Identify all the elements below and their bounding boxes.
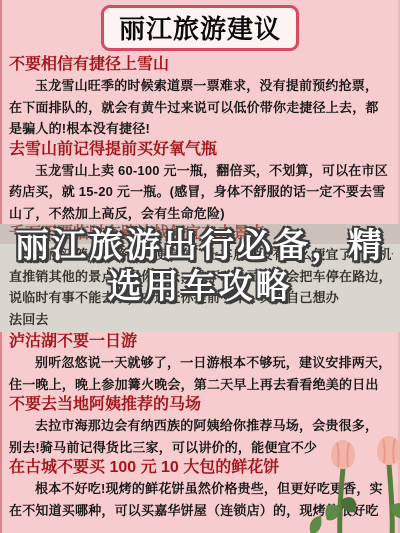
- section-heading: 去雪山前记得提前买好氧气瓶: [9, 140, 393, 160]
- tulip-flowers-decoration: [305, 436, 400, 533]
- section-heading: 泸沽湖不要一日游: [9, 332, 393, 352]
- section-no-shortcut: 不要相信有捷径上雪山 玉龙雪山旺季的时候索道票一票难求，没有提前预约抢票， 在下…: [9, 55, 393, 140]
- travel-tips-poster: 丽江旅游建议 不要相信有捷径上雪山 玉龙雪山旺季的时候索道票一票难求，没有提前预…: [0, 0, 400, 533]
- section-oxygen-bottle: 去雪山前记得提前买好氧气瓶 玉龙雪山上卖 60-100 元一瓶，翻倍买，不划算，…: [9, 140, 393, 225]
- poster-title: 丽江旅游建议: [119, 14, 281, 44]
- section-cheap-car-panel: 千万不要临时在路边找便宜车去景点 在丽江随便找路边的便宜车，上车后就没有那么便宜…: [0, 224, 400, 332]
- section-body: 玉龙雪山旺季的时候索道票一票难求，没有提前预约抢票， 在下面排队的，就会有黄牛过…: [9, 75, 393, 140]
- section-body: 在丽江随便找路边的便宜车，上车后就没有那么便宜了，司机一 直推销其他的景点，见你…: [9, 244, 393, 330]
- section-lugu-lake: 泸沽湖不要一日游 别听忽悠说一天就够了，一日游根本不够玩，建议安排两天， 住一晚…: [9, 332, 393, 395]
- poster-title-box: 丽江旅游建议: [101, 5, 299, 51]
- section-heading: 不要相信有捷径上雪山: [9, 55, 393, 75]
- section-body: 玉龙雪山上卖 60-100 元一瓶，翻倍买，不划算，可以在市区 药店买，就 15…: [9, 160, 393, 225]
- section-heading: 不要去当地阿姨推荐的马场: [9, 395, 393, 415]
- section-heading: 千万不要临时在路边找便宜车去景点: [0, 224, 400, 244]
- section-body: 别听忽悠说一天就够了，一日游根本不够玩，建议安排两天， 住一晚上，晚上参加篝火晚…: [9, 352, 393, 395]
